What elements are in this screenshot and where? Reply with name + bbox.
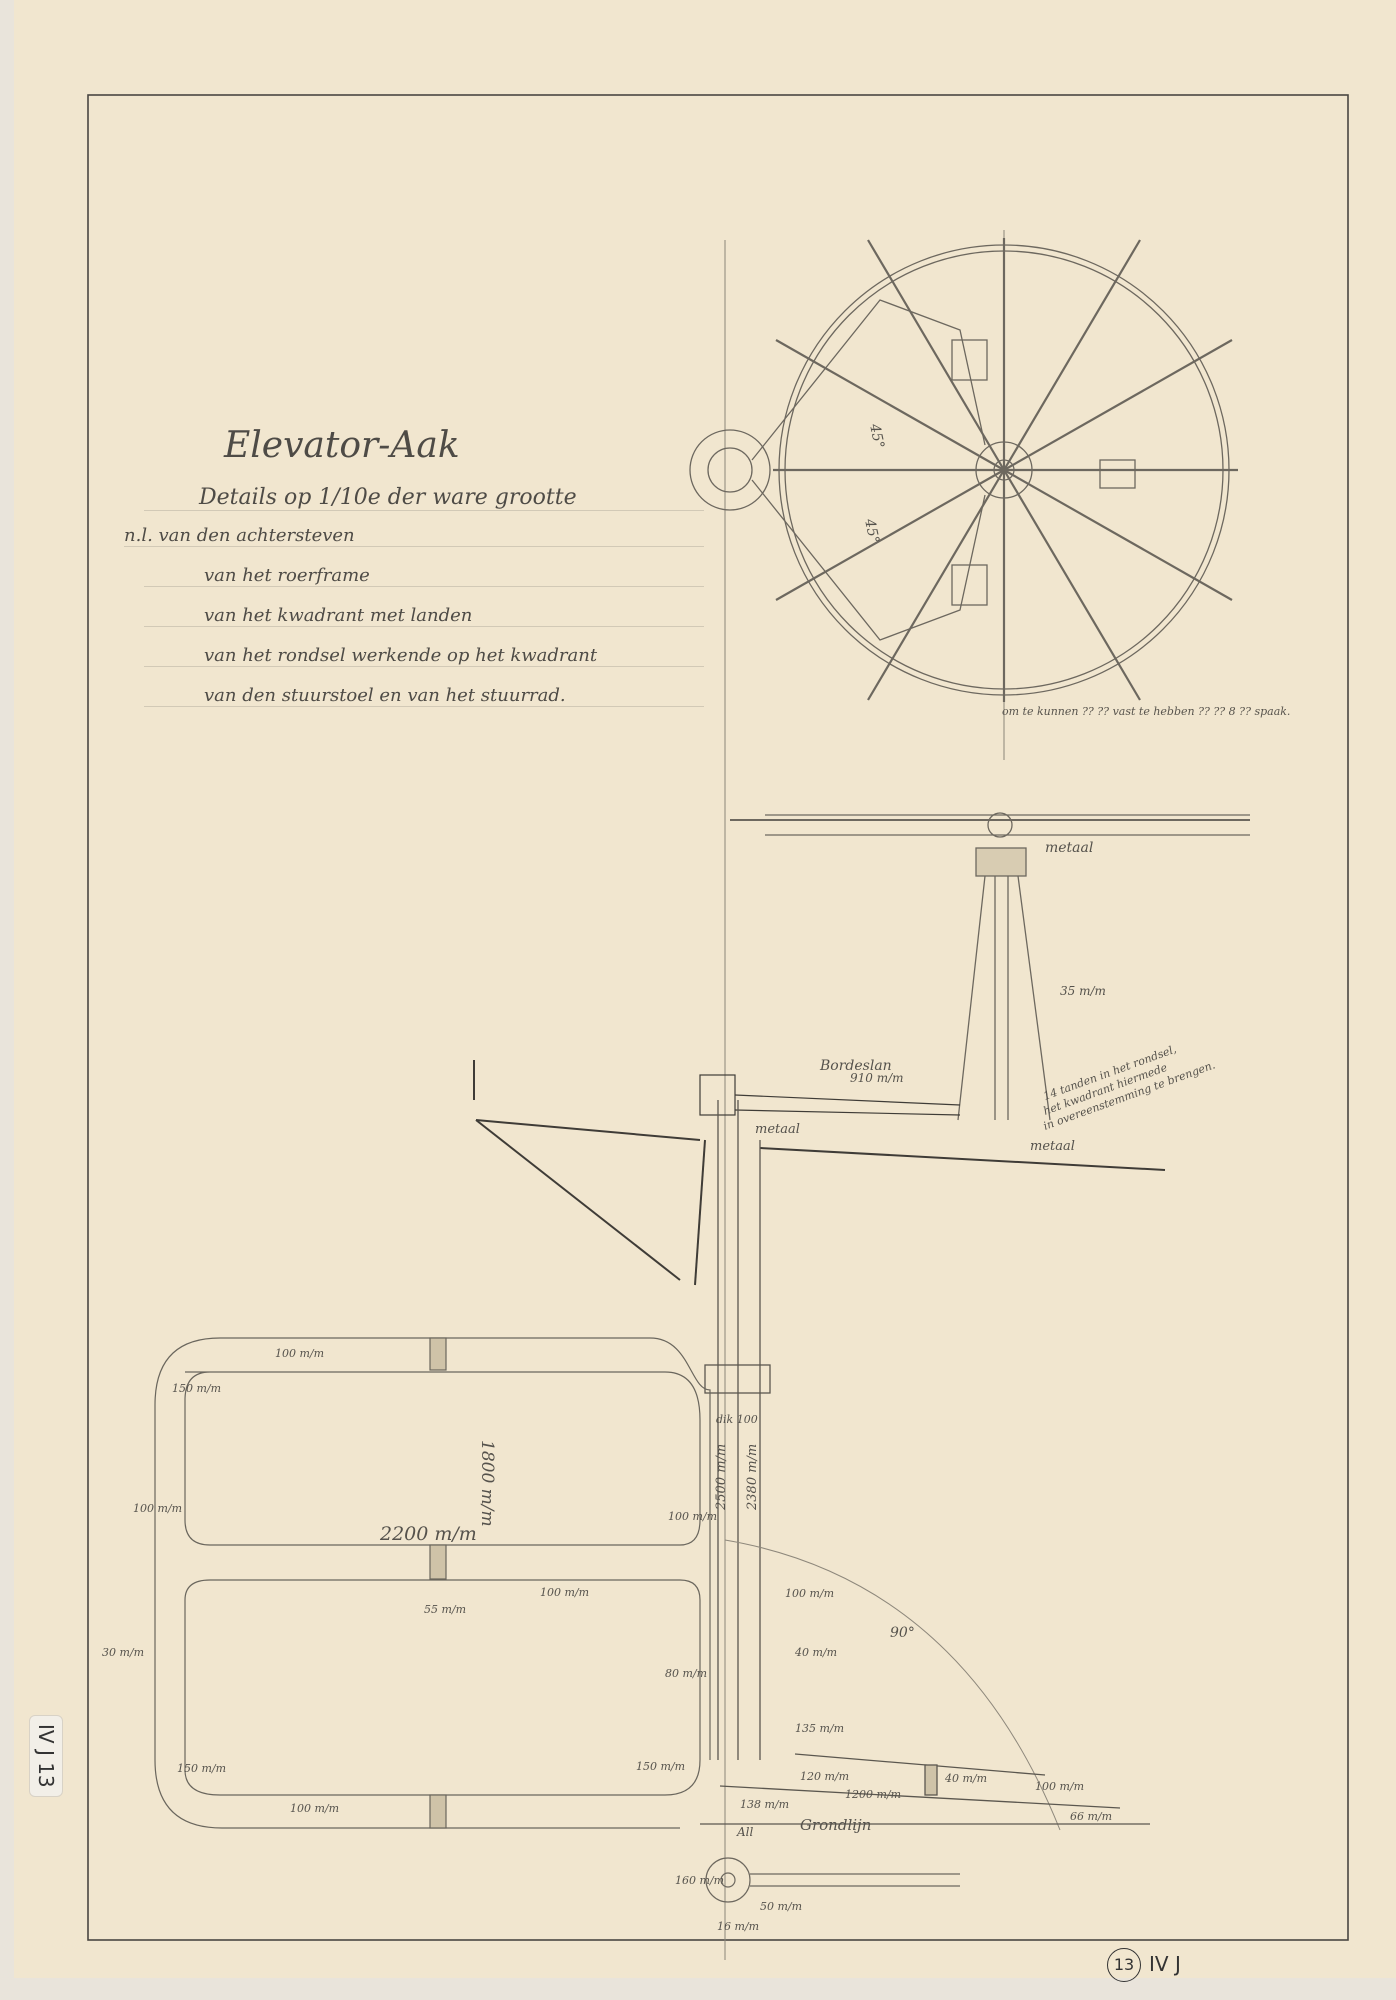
drawing-title: Elevator-Aak — [224, 425, 704, 473]
rudder-frame — [155, 1338, 710, 1828]
svg-text:35 m/m: 35 m/m — [1060, 984, 1106, 998]
svg-text:150 m/m: 150 m/m — [172, 1382, 221, 1395]
svg-text:100 m/m: 100 m/m — [133, 1502, 182, 1515]
item-3: van het kwadrant met landen — [144, 605, 704, 627]
svg-text:80 m/m: 80 m/m — [665, 1667, 707, 1680]
svg-text:2500 m/m: 2500 m/m — [714, 1444, 729, 1511]
item-1: n.l. van den achtersteven — [124, 525, 704, 547]
svg-text:150 m/m: 150 m/m — [177, 1762, 226, 1775]
svg-text:1800 m/m: 1800 m/m — [477, 1440, 497, 1527]
svg-text:dik 100: dik 100 — [716, 1413, 758, 1426]
svg-text:135 m/m: 135 m/m — [795, 1722, 844, 1735]
svg-text:66 m/m: 66 m/m — [1070, 1810, 1112, 1823]
svg-text:1200 m/m: 1200 m/m — [845, 1788, 901, 1801]
tiller-view — [706, 1858, 960, 1902]
sheet-number: 13 — [1107, 1948, 1141, 1982]
svg-text:160 m/m: 160 m/m — [675, 1874, 724, 1887]
svg-text:30 m/m: 30 m/m — [102, 1646, 144, 1659]
svg-text:90°: 90° — [890, 1625, 915, 1641]
svg-text:100 m/m: 100 m/m — [785, 1587, 834, 1600]
svg-text:138 m/m: 138 m/m — [740, 1798, 789, 1811]
svg-text:40 m/m: 40 m/m — [944, 1772, 987, 1785]
svg-text:50 m/m: 50 m/m — [760, 1900, 802, 1913]
svg-text:45°: 45° — [861, 517, 882, 546]
svg-text:55 m/m: 55 m/m — [424, 1603, 466, 1616]
item-5: van den stuurstoel en van het stuurrad. — [144, 685, 704, 707]
svg-text:metaal: metaal — [1030, 1139, 1075, 1154]
svg-text:150 m/m: 150 m/m — [636, 1760, 685, 1773]
drawing-sheet: 45° 45° metaal 35 m/m Bordeslan 910 m/m … — [14, 0, 1396, 1978]
wheel-note: om te kunnen ?? ?? vast te hebben ?? ?? … — [1002, 705, 1302, 718]
svg-text:40 m/m: 40 m/m — [794, 1646, 837, 1659]
item-4: van het rondsel werkende op het kwadrant — [144, 645, 704, 667]
svg-text:2380 m/m: 2380 m/m — [745, 1444, 760, 1511]
svg-text:16 m/m: 16 m/m — [717, 1920, 759, 1933]
svg-text:metaal: metaal — [1045, 840, 1093, 856]
svg-text:metaal: metaal — [755, 1122, 800, 1137]
svg-text:100 m/m: 100 m/m — [1035, 1780, 1084, 1793]
svg-text:100 m/m: 100 m/m — [290, 1802, 339, 1815]
svg-text:120 m/m: 120 m/m — [800, 1770, 849, 1783]
svg-text:910 m/m: 910 m/m — [850, 1071, 904, 1085]
item-2: van het roerframe — [144, 565, 704, 587]
archive-label: IV J 13 — [29, 1715, 63, 1797]
archive-code: IV J 13 — [30, 1716, 62, 1796]
steering-wheel-view — [690, 238, 1238, 702]
svg-text:Grondlijn: Grondlijn — [800, 1816, 871, 1834]
svg-text:100 m/m: 100 m/m — [275, 1347, 324, 1360]
drawing-subtitle: Details op 1/10e der ware grootte — [144, 485, 704, 511]
rudder-stock — [705, 1100, 770, 1760]
svg-text:45°: 45° — [866, 422, 887, 451]
technical-drawing: 45° 45° metaal 35 m/m Bordeslan 910 m/m … — [14, 0, 1396, 1978]
svg-text:100 m/m: 100 m/m — [540, 1586, 589, 1599]
svg-text:2200 m/m: 2200 m/m — [379, 1523, 477, 1545]
svg-text:100 m/m: 100 m/m — [668, 1510, 717, 1523]
svg-text:All: All — [736, 1825, 754, 1839]
sheet-code: IV J — [1149, 1952, 1181, 1976]
